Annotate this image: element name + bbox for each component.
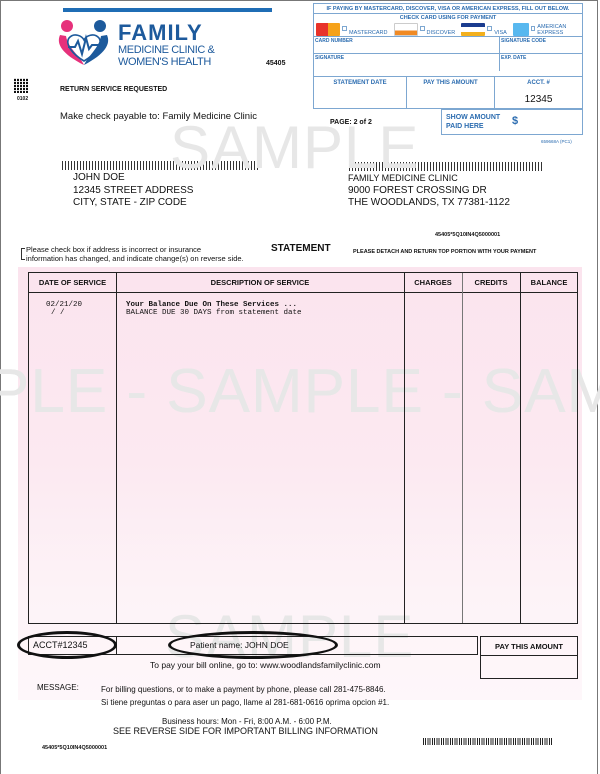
column-header-date: DATE OF SERVICE: [29, 273, 116, 293]
card-label: AMERICAN EXPRESS: [537, 24, 576, 36]
card-number-row: CARD NUMBER SIGNATURE CODE: [314, 37, 582, 54]
signature-field[interactable]: SIGNATURE: [314, 54, 500, 71]
logo-title: FAMILY: [118, 22, 215, 44]
address-change-checkbox[interactable]: [21, 248, 25, 260]
card-number-label: CARD NUMBER: [315, 38, 353, 44]
reverse-side-note: SEE REVERSE SIDE FOR IMPORTANT BILLING I…: [113, 726, 378, 736]
card-options: MASTERCARD DISCOVER VISA AMERICAN EXPRES…: [314, 22, 582, 37]
table-row-description: Your Balance Due On These Services ...: [126, 301, 297, 309]
services-table: DATE OF SERVICE DESCRIPTION OF SERVICE C…: [28, 272, 578, 624]
family-heart-logo-icon: [54, 18, 114, 68]
mastercard-icon: [316, 23, 340, 36]
amex-checkbox[interactable]: [531, 26, 535, 31]
statement-date-label: STATEMENT DATE: [314, 80, 406, 86]
card-payment-title: IF PAYING BY MASTERCARD, DISCOVER, VISA …: [314, 4, 582, 14]
visa-icon: [461, 23, 485, 36]
discover-icon: [394, 23, 418, 36]
card-option-amex[interactable]: AMERICAN EXPRESS: [513, 23, 576, 36]
table-row-date: 02/21/20: [46, 301, 82, 309]
card-payment-box: IF PAYING BY MASTERCARD, DISCOVER, VISA …: [313, 3, 583, 77]
card-option-mastercard[interactable]: MASTERCARD: [316, 23, 388, 36]
pay-this-amount-field[interactable]: PAY THIS AMOUNT: [407, 77, 495, 108]
column-header-charges: CHARGES: [404, 273, 462, 293]
table-row-date: / /: [51, 309, 65, 317]
acct-number-field: ACCT. # 12345: [495, 77, 582, 108]
card-label: DISCOVER: [427, 30, 456, 36]
form-code: 659668A (PC1): [541, 139, 572, 144]
card-label: MASTERCARD: [349, 30, 388, 36]
card-option-visa[interactable]: VISA: [461, 23, 507, 36]
mailing-code: 45405*5Q10IN4Q5000001: [435, 232, 500, 238]
highlight-ellipse-acct: [17, 631, 117, 659]
pay-this-amount-label: PAY THIS AMOUNT: [407, 80, 494, 86]
discover-checkbox[interactable]: [420, 26, 425, 31]
signature-label: SIGNATURE: [315, 55, 344, 61]
business-hours: Business hours: Mon - Fri, 8:00 A.M. - 6…: [162, 717, 332, 726]
address-change-note: Please check box if address is incorrect…: [26, 246, 244, 263]
patient-street: 12345 STREET ADDRESS: [73, 185, 193, 198]
card-number-field[interactable]: CARD NUMBER: [314, 37, 500, 53]
statement-title: STATEMENT: [271, 243, 331, 254]
column-divider: [520, 273, 521, 623]
message-text: For billing questions, or to make a paym…: [101, 683, 389, 709]
clinic-logo-text: FAMILY MEDICINE CLINIC & WOMEN'S HEALTH: [118, 22, 215, 68]
address-change-note-line-2: information has changed, and indicate ch…: [26, 255, 244, 264]
footer-pay-this-amount-label: PAY THIS AMOUNT: [481, 637, 577, 656]
column-divider: [404, 273, 405, 623]
acct-value: 12345: [495, 94, 582, 105]
acct-label: ACCT. #: [495, 80, 582, 86]
column-header-balance: BALANCE: [520, 273, 578, 293]
highlight-ellipse-patient: [168, 631, 338, 659]
patient-name: JOHN DOE: [73, 172, 193, 185]
barcode-icon: [423, 738, 552, 745]
message-label: MESSAGE:: [37, 683, 79, 692]
page-indicator: PAGE: 2 of 2: [330, 119, 372, 126]
online-payment-text: To pay your bill online, go to: www.wood…: [150, 660, 381, 670]
header-code: 45405: [266, 60, 285, 67]
qr-code-label: 0102: [17, 96, 28, 102]
clinic-city: THE WOODLANDS, TX 77381-1122: [348, 197, 510, 210]
column-header-credits: CREDITS: [462, 273, 520, 293]
return-service-text: RETURN SERVICE REQUESTED: [60, 86, 167, 93]
column-divider: [462, 273, 463, 623]
card-label: VISA: [494, 30, 507, 36]
header-blue-bar: [63, 8, 272, 12]
signature-code-field[interactable]: SIGNATURE CODE: [500, 37, 582, 53]
amex-icon: [513, 23, 529, 36]
postal-barcode-icon: [62, 161, 260, 170]
show-amount-paid-field[interactable]: SHOW AMOUNT PAID HERE $: [441, 109, 583, 135]
payable-to-text: Make check payable to: Family Medicine C…: [60, 111, 257, 122]
mastercard-checkbox[interactable]: [342, 26, 347, 31]
column-header-description: DESCRIPTION OF SERVICE: [116, 273, 404, 293]
patient-address: JOHN DOE 12345 STREET ADDRESS CITY, STAT…: [73, 172, 193, 210]
table-row-description: BALANCE DUE 30 DAYS from statement date: [126, 309, 302, 317]
visa-checkbox[interactable]: [487, 26, 492, 31]
exp-date-field[interactable]: EXP. DATE: [500, 54, 582, 71]
exp-date-label: EXP. DATE: [501, 55, 526, 61]
footer-pay-this-amount-box[interactable]: PAY THIS AMOUNT: [480, 636, 578, 679]
signature-row: SIGNATURE EXP. DATE: [314, 54, 582, 71]
clinic-address: FAMILY MEDICINE CLINIC 9000 FOREST CROSS…: [348, 172, 510, 210]
logo-subtitle-1: MEDICINE CLINIC &: [118, 45, 215, 56]
detach-note: PLEASE DETACH AND RETURN TOP PORTION WIT…: [353, 249, 536, 255]
qr-code-icon: [14, 78, 29, 93]
column-divider: [116, 273, 117, 623]
statement-date-field[interactable]: STATEMENT DATE: [314, 77, 407, 108]
signature-code-label: SIGNATURE CODE: [501, 38, 546, 44]
logo-subtitle-2: WOMEN'S HEALTH: [118, 57, 215, 68]
postal-barcode-icon: [349, 162, 544, 171]
dollar-sign: $: [512, 117, 518, 126]
message-line-1: For billing questions, or to make a paym…: [101, 683, 389, 696]
patient-city: CITY, STATE - ZIP CODE: [73, 197, 193, 210]
message-line-2: Si tiene preguntas o para aser un pago, …: [101, 696, 389, 709]
footer-code: 45405*5Q10IN4Q5000001: [42, 745, 107, 751]
card-payment-subtitle: CHECK CARD USING FOR PAYMENT: [314, 14, 582, 22]
card-option-discover[interactable]: DISCOVER: [394, 23, 456, 36]
clinic-name: FAMILY MEDICINE CLINIC: [348, 172, 510, 185]
statement-summary-box: STATEMENT DATE PAY THIS AMOUNT ACCT. # 1…: [313, 77, 583, 109]
clinic-street: 9000 FOREST CROSSING DR: [348, 185, 510, 198]
